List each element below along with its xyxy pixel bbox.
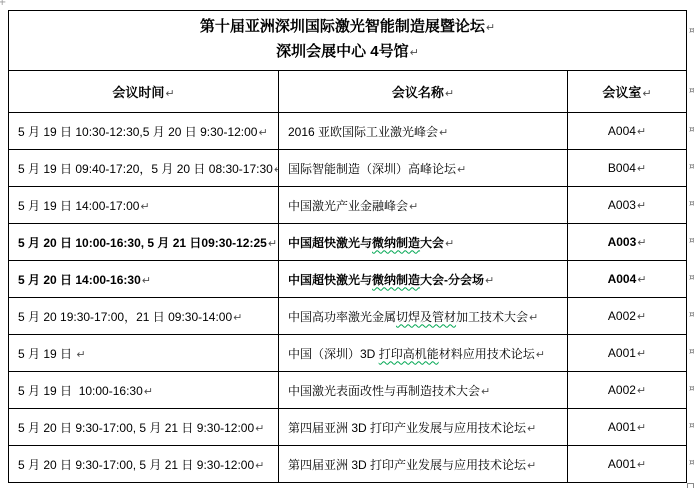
conference-name-text: 大会-分会场 <box>420 273 484 287</box>
title-row: 第十届亚洲深圳国际激光智能制造展暨论坛↵ 深圳会展中心 4号馆↵ <box>9 11 687 71</box>
paragraph-mark-icon: ↵ <box>485 274 494 287</box>
conference-name-text: 国际智能制造（深圳）高峰论坛 <box>288 162 456 176</box>
title-text-line2: 深圳会展中心 4号馆 <box>276 43 409 60</box>
conference-name-text: 材料应用技术论坛 <box>439 347 535 361</box>
document-subtitle: 深圳会展中心 4号馆↵ <box>9 40 686 65</box>
row-end-marker-icon: ¤ <box>689 199 694 209</box>
table-row: 5 月 19 日 10:00-16:30↵ 中国激光表面改性与再制造技术大会↵ … <box>9 372 687 409</box>
time-cell: 5 月 20 日 10:00-16:30, 5 月 21 日09:30-12:2… <box>9 224 279 261</box>
header-label: 会议名称 <box>392 85 444 100</box>
paragraph-mark-icon: ↵ <box>410 46 419 59</box>
title-text-line1: 第十届亚洲深圳国际激光智能制造展暨论坛 <box>200 18 485 35</box>
header-label: 会议时间 <box>112 85 164 100</box>
conference-name-text: 第四届亚洲 3D 打印产业发展与应用技术论坛 <box>288 458 526 472</box>
misspelled-text: 微纳制造 <box>372 236 420 250</box>
table-row: 5 月 19 日 10:30-12:30,5 月 20 日 9:30-12:00… <box>9 113 687 150</box>
row-end-marker-icon: ¤ <box>689 273 694 283</box>
paragraph-mark-icon: ↵ <box>144 385 153 398</box>
header-cell-meeting-room: 会议室↵ <box>568 71 687 113</box>
paragraph-mark-icon: ↵ <box>527 422 536 435</box>
room-cell: B004↵ <box>568 150 687 187</box>
conference-name-text: 中国（深圳）3D <box>288 347 379 361</box>
paragraph-mark-icon: ↵ <box>637 199 646 212</box>
room-cell: A004↵ <box>568 113 687 150</box>
conference-name-cell: 中国超快激光与微纳制造大会-分会场↵ <box>279 261 568 298</box>
paragraph-mark-icon: ↵ <box>529 311 538 324</box>
time-cell: 5 月 20 日 9:30-17:00, 5 月 21 日 9:30-12:00… <box>9 409 279 446</box>
conference-name-cell: 第四届亚洲 3D 打印产业发展与应用技术论坛↵ <box>279 446 568 483</box>
room-cell: A001↵ <box>568 335 687 372</box>
document-page: + 第十届亚洲深圳国际激光智能制造展暨论坛↵ 深圳会展中心 4号馆↵ 会议时间↵… <box>0 0 694 488</box>
header-cell-meeting-name: 会议名称↵ <box>279 71 568 113</box>
paragraph-mark-icon: ↵ <box>637 458 646 471</box>
paragraph-mark-icon: ↵ <box>233 311 242 324</box>
time-cell: 5 月 19 日 10:00-16:30↵ <box>9 372 279 409</box>
paragraph-mark-icon: ↵ <box>637 347 646 360</box>
row-end-marker-icon: ¤ <box>689 347 694 357</box>
time-cell: 5 月 19 日 09:40-17:20，5 月 20 日 08:30-17:3… <box>9 150 279 187</box>
row-end-marker-icon: ¤ <box>689 86 694 96</box>
conference-name-cell: 中国激光产业金融峰会↵ <box>279 187 568 224</box>
row-end-marker-icon: ¤ <box>689 421 694 431</box>
table-row: 5 月 20 19:30-17:00，21 日 09:30-14:00↵ 中国高… <box>9 298 687 335</box>
table-title-cell: 第十届亚洲深圳国际激光智能制造展暨论坛↵ 深圳会展中心 4号馆↵ <box>9 11 687 71</box>
table-row: 5 月 19 日 ↵ 中国（深圳）3D 打印高机能材料应用技术论坛↵ A001↵ <box>9 335 687 372</box>
room-cell: A003↵ <box>568 224 687 261</box>
paragraph-mark-icon: ↵ <box>445 237 454 250</box>
document-title: 第十届亚洲深圳国际激光智能制造展暨论坛↵ <box>9 15 686 40</box>
conference-name-cell: 国际智能制造（深圳）高峰论坛↵ <box>279 150 568 187</box>
time-cell: 5 月 19 日 14:00-17:00↵ <box>9 187 279 224</box>
paragraph-mark-icon: ↵ <box>637 125 646 138</box>
paragraph-mark-icon: ↵ <box>274 163 279 176</box>
header-cell-meeting-time: 会议时间↵ <box>9 71 279 113</box>
row-end-marker-icon: ¤ <box>689 458 694 468</box>
paragraph-mark-icon: ↵ <box>268 237 277 250</box>
conference-name-text: 中国激光产业金融峰会 <box>288 199 408 213</box>
table-resize-handle[interactable] <box>687 483 694 488</box>
table-row: 5 月 19 日 09:40-17:20，5 月 20 日 08:30-17:3… <box>9 150 687 187</box>
paragraph-mark-icon: ↵ <box>140 200 149 213</box>
paragraph-mark-icon: ↵ <box>259 126 268 139</box>
table-row: 5 月 20 日 9:30-17:00, 5 月 21 日 9:30-12:00… <box>9 446 687 483</box>
paragraph-mark-icon: ↵ <box>445 87 454 100</box>
time-cell: 5 月 19 日 10:30-12:30,5 月 20 日 9:30-12:00… <box>9 113 279 150</box>
room-cell: A003↵ <box>568 187 687 224</box>
row-end-marker-icon: ¤ <box>689 125 694 135</box>
paragraph-mark-icon: ↵ <box>481 385 490 398</box>
conference-name-text: 大会 <box>420 236 444 250</box>
table-row: 5 月 20 日 10:00-16:30, 5 月 21 日09:30-12:2… <box>9 224 687 261</box>
room-cell: A002↵ <box>568 372 687 409</box>
misspelled-text: 微纳制造 <box>372 273 420 287</box>
misspelled-text: 打印高机能 <box>379 347 439 361</box>
row-end-marker-icon: ¤ <box>689 162 694 172</box>
paragraph-mark-icon: ↵ <box>409 200 418 213</box>
paragraph-mark-icon: ↵ <box>439 126 448 139</box>
paragraph-mark-icon: ↵ <box>536 348 545 361</box>
conference-name-cell: 中国超快激光与微纳制造大会↵ <box>279 224 568 261</box>
conference-name-text: 加工技术大会 <box>456 310 528 324</box>
paragraph-mark-icon: ↵ <box>486 21 495 34</box>
table-header-row: 会议时间↵会议名称↵会议室↵ <box>9 71 687 113</box>
paragraph-mark-icon: ↵ <box>637 421 646 434</box>
paragraph-mark-icon: ↵ <box>457 163 466 176</box>
conference-name-text: 中国超快激光与 <box>288 236 372 250</box>
paragraph-mark-icon: ↵ <box>255 459 264 472</box>
conference-schedule-table: 第十届亚洲深圳国际激光智能制造展暨论坛↵ 深圳会展中心 4号馆↵ 会议时间↵会议… <box>8 10 687 483</box>
paragraph-mark-icon: ↵ <box>637 273 646 286</box>
conference-name-text: 第四届亚洲 3D 打印产业发展与应用技术论坛 <box>288 421 526 435</box>
conference-name-text: 2016 亚欧国际工业激光峰会 <box>288 125 438 139</box>
room-cell: A001↵ <box>568 409 687 446</box>
conference-name-cell: 中国（深圳）3D 打印高机能材料应用技术论坛↵ <box>279 335 568 372</box>
time-cell: 5 月 20 日 9:30-17:00, 5 月 21 日 9:30-12:00… <box>9 446 279 483</box>
row-end-marker-icon: ¤ <box>689 310 694 320</box>
conference-name-cell: 第四届亚洲 3D 打印产业发展与应用技术论坛↵ <box>279 409 568 446</box>
table-move-handle-icon[interactable]: + <box>0 0 6 8</box>
paragraph-mark-icon: ↵ <box>165 87 174 100</box>
time-cell: 5 月 20 日 14:00-16:30↵ <box>9 261 279 298</box>
paragraph-mark-icon: ↵ <box>76 348 85 361</box>
header-label: 会议室 <box>602 85 641 100</box>
paragraph-mark-icon: ↵ <box>527 459 536 472</box>
room-cell: A002↵ <box>568 298 687 335</box>
conference-name-cell: 中国高功率激光金属切焊及管材加工技术大会↵ <box>279 298 568 335</box>
paragraph-mark-icon: ↵ <box>255 422 264 435</box>
time-cell: 5 月 19 日 ↵ <box>9 335 279 372</box>
table-row: 5 月 20 日 9:30-17:00, 5 月 21 日 9:30-12:00… <box>9 409 687 446</box>
conference-name-cell: 中国激光表面改性与再制造技术大会↵ <box>279 372 568 409</box>
time-cell: 5 月 20 19:30-17:00，21 日 09:30-14:00↵ <box>9 298 279 335</box>
row-end-marker-icon: ¤ <box>689 236 694 246</box>
misspelled-text: 切焊及管材 <box>396 310 456 324</box>
paragraph-mark-icon: ↵ <box>637 162 646 175</box>
row-end-marker-icon: ¤ <box>689 384 694 394</box>
room-cell: A004↵ <box>568 261 687 298</box>
schedule-body: 第十届亚洲深圳国际激光智能制造展暨论坛↵ 深圳会展中心 4号馆↵ 会议时间↵会议… <box>9 11 687 483</box>
conference-name-text: 中国超快激光与 <box>288 273 372 287</box>
paragraph-mark-icon: ↵ <box>637 384 646 397</box>
room-cell: A001↵ <box>568 446 687 483</box>
paragraph-mark-icon: ↵ <box>142 274 151 287</box>
table-row: 5 月 19 日 14:00-17:00↵ 中国激光产业金融峰会↵ A003↵ <box>9 187 687 224</box>
row-end-marker-icon: ¤ <box>689 26 694 36</box>
paragraph-mark-icon: ↵ <box>642 87 651 100</box>
conference-name-text: 中国激光表面改性与再制造技术大会 <box>288 384 480 398</box>
table-row: 5 月 20 日 14:00-16:30↵ 中国超快激光与微纳制造大会-分会场↵… <box>9 261 687 298</box>
paragraph-mark-icon: ↵ <box>637 310 646 323</box>
conference-name-cell: 2016 亚欧国际工业激光峰会↵ <box>279 113 568 150</box>
paragraph-mark-icon: ↵ <box>637 236 646 249</box>
conference-name-text: 中国高功率激光金属 <box>288 310 396 324</box>
